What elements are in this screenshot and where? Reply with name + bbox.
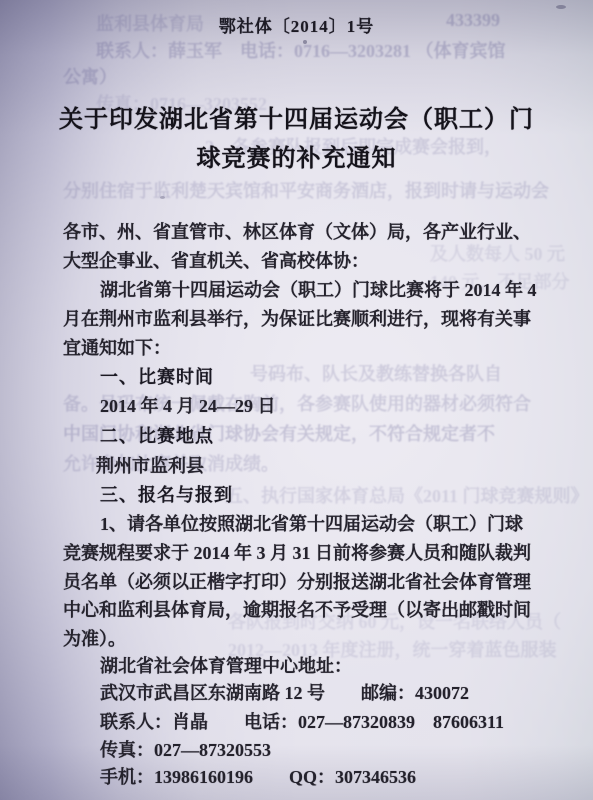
doc-title-line-2: 球竞赛的补充通知 xyxy=(0,139,593,178)
ink-speck xyxy=(556,5,566,9)
body-line-contact: 联系人：肖晶 电话：027—87320839 87606311 xyxy=(100,708,504,734)
doc-title: 关于印发湖北省第十四届运动会（职工）门 球竞赛的补充通知 xyxy=(0,100,593,178)
body-line-addressee-1: 各市、州、省直管市、林区体育（文体）局，各产业行业、 xyxy=(63,218,531,244)
ink-speck xyxy=(160,196,165,199)
section-head-venue: 二、比赛地点 xyxy=(100,422,214,448)
bleedthrough-line: 号码布、队长及教练替换各队自 xyxy=(250,360,502,386)
body-line-address-label: 湖北省社会体育管理中心地址： xyxy=(100,652,352,678)
body-line: 1、请各单位按照湖北省第十四届运动会（职工）门球 xyxy=(100,510,523,536)
ink-speck xyxy=(303,40,307,44)
body-line: 员名单（必须以正楷字打印）分别报送湖北省社会体育管理 xyxy=(63,568,531,594)
doc-title-line-1: 关于印发湖北省第十四届运动会（职工）门 xyxy=(0,100,593,139)
scanned-document-page: 监利县体育局 433399 联系人：薛玉军 电话：0716—3203281 （体… xyxy=(0,0,593,800)
section-head-registration: 三、报名与报到 xyxy=(100,481,233,507)
body-line: 中心和监利县体育局，逾期报名不予受理（以寄出邮戳时间 xyxy=(63,596,531,622)
body-line-fax: 传真：027—87320553 xyxy=(100,736,271,762)
body-line: 月在荆州市监利县举行，为保证比赛顺利进行，现将有关事 xyxy=(63,305,531,331)
bleedthrough-line: 五、执行国家体育总局《2011 门球竞赛规则》 xyxy=(225,482,589,508)
doc-number: 鄂社体〔2014〕1号 xyxy=(0,12,593,37)
body-line: 为准）。 xyxy=(63,625,126,651)
body-line-date: 2014 年 4 月 24—29 日 xyxy=(100,392,276,418)
body-line: 竞赛规程要求于 2014 年 3 月 31 日前将参赛人员和随队裁判 xyxy=(63,539,531,565)
bleedthrough-line: 电话：0716—3203281 （体育宾馆 xyxy=(240,37,506,63)
body-line: 宜通知如下： xyxy=(63,334,171,360)
body-line: 湖北省第十四届运动会（职工）门球比赛将于 2014 年 4 xyxy=(100,276,537,302)
bleedthrough-line: 分别住宿于监利楚天宾馆和平安商务酒店，报到时请与运动会 xyxy=(63,177,549,203)
section-head-time: 一、比赛时间 xyxy=(100,363,214,389)
body-line-venue: 荆州市监利县 xyxy=(96,452,204,478)
bleedthrough-line: 联系人：薛玉军 xyxy=(96,37,222,63)
body-line-address: 武汉市武昌区东湖南路 12 号 邮编：430072 xyxy=(100,679,469,705)
bleedthrough-line: 公寓） xyxy=(63,63,117,89)
body-line-mobile-qq: 手机：13986160196 QQ：307346536 xyxy=(100,763,416,789)
body-line-addressee-2: 大型企事业、省直机关、省高校体协： xyxy=(63,247,369,273)
